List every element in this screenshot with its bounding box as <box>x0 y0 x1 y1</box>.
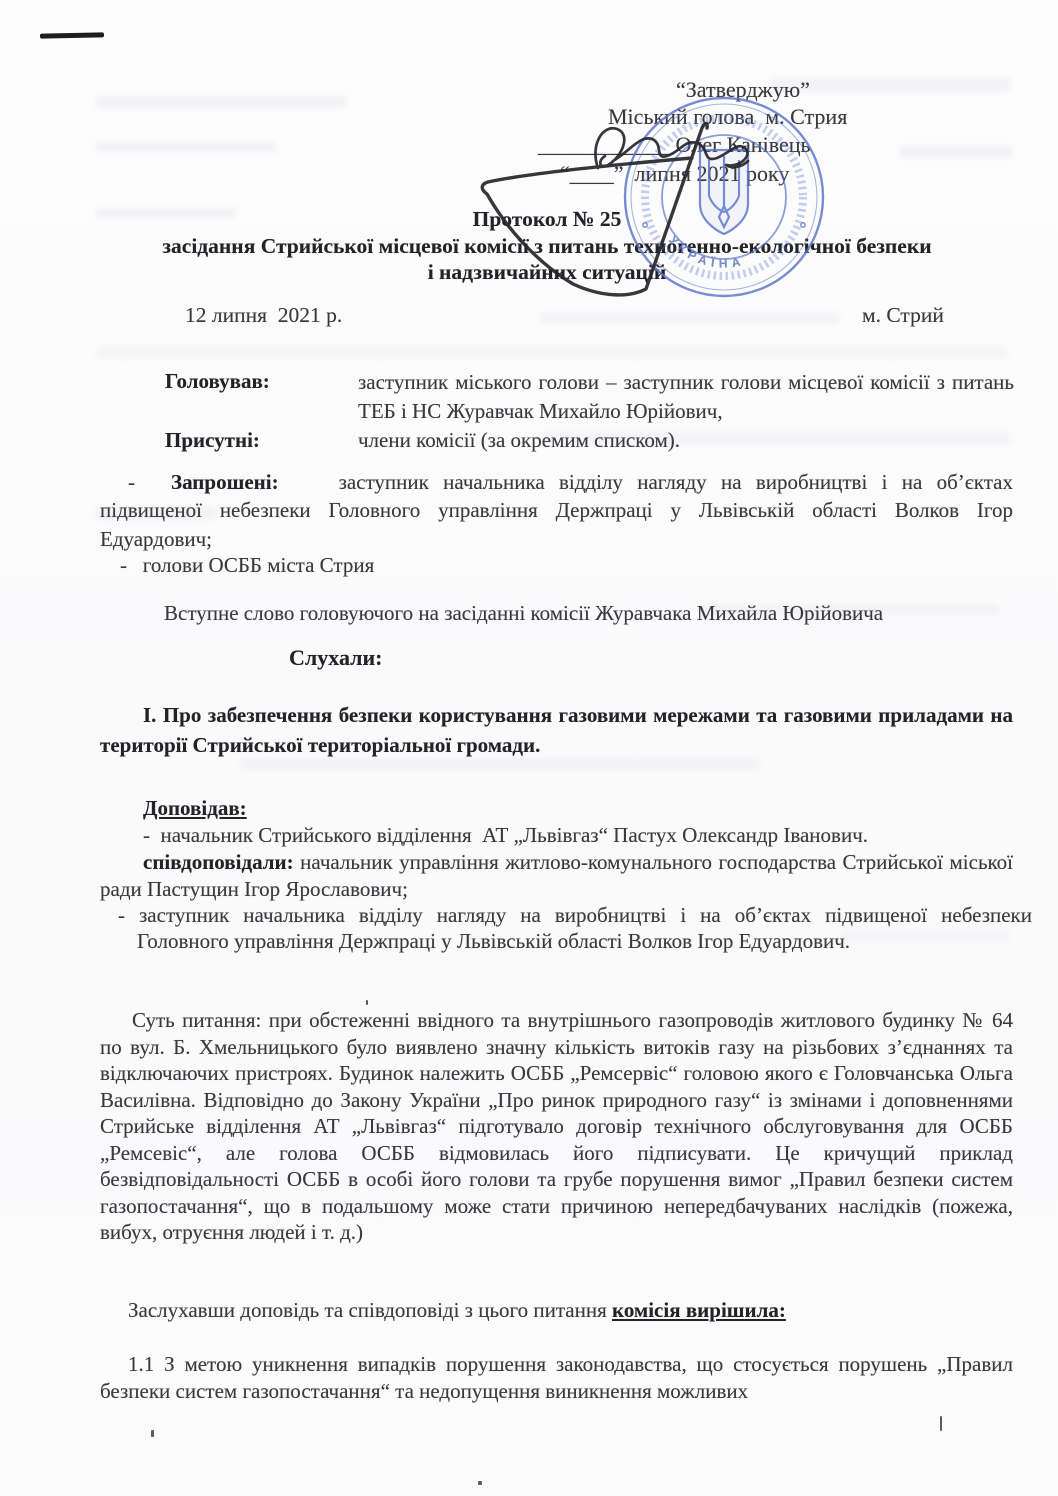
mayor-name: Олег Канівець <box>676 132 811 157</box>
scan-speck <box>366 1000 368 1005</box>
invited-paragraph: -Запрошені:заступник начальника відділу … <box>100 468 1013 553</box>
title-line3: і надзвичайних ситуацій <box>36 259 1058 286</box>
approval-date-line: “____” липня 2021 року <box>560 160 789 187</box>
signature-blank: ____________ <box>538 132 676 157</box>
meeting-city: м. Стрий <box>862 302 944 329</box>
co-reporters-label: співдоповідали: <box>143 850 294 874</box>
reporter-1: - начальник Стрийського відділення АТ „Л… <box>143 822 868 849</box>
resolution-item-1-1: 1.1 З метою уникнення випадків порушення… <box>100 1351 1013 1404</box>
document-page: “Затверджую” Міський голова м. Стрия ___… <box>0 0 1058 1496</box>
scan-fold-mark <box>40 32 104 38</box>
resolution-intro: Заслухавши доповідь та співдоповіді з ць… <box>128 1297 786 1324</box>
scan-bleed-artifact <box>900 146 1012 158</box>
document-title: Протокол № 25 засідання Стрийської місце… <box>36 206 1058 286</box>
chaired-label: Головував: <box>165 368 270 395</box>
reporter-3: - заступник начальника відділу нагляду н… <box>118 902 1032 955</box>
title-line2: засідання Стрийської місцевої комісії з … <box>36 233 1058 260</box>
present-label: Присутні: <box>165 427 260 454</box>
intro-line: Вступне слово головуючого на засіданні к… <box>164 600 883 627</box>
scan-bleed-artifact <box>96 346 1008 359</box>
heard-heading: Слухали: <box>289 644 382 671</box>
approval-mayor-title: Міський голова м. Стрия <box>608 103 847 130</box>
invited-item-2: - голови ОСББ міста Стрия <box>120 552 374 579</box>
scan-speck <box>940 1416 942 1431</box>
chaired-text: заступник міського голови – заступник го… <box>358 368 1014 426</box>
list-dash: - <box>128 470 135 494</box>
reporter-label: Доповідав: <box>143 795 247 822</box>
essence-paragraph: Суть питання: при обстеженні ввідного та… <box>100 1007 1013 1246</box>
scan-speck <box>478 1481 482 1485</box>
approval-signature-line: ____________ Олег Канівець <box>538 131 811 158</box>
question-1-heading: І. Про забезпечення безпеки користування… <box>100 701 1013 760</box>
invited-label: Запрошені: <box>171 470 279 494</box>
co-reporters: співдоповідали: начальник управління жит… <box>100 849 1013 903</box>
meeting-date: 12 липня 2021 р. <box>185 302 342 329</box>
scan-bleed-artifact <box>96 142 276 152</box>
protocol-number: Протокол № 25 <box>36 206 1058 233</box>
present-text: члени комісії (за окремим списком). <box>358 427 680 454</box>
resolution-decided-label: комісія вирішила: <box>612 1298 786 1322</box>
scan-speck <box>151 1430 154 1437</box>
scan-bleed-artifact <box>96 96 346 108</box>
approval-label: “Затверджую” <box>676 76 810 103</box>
resolution-intro-text: Заслухавши доповідь та співдоповіді з ць… <box>128 1298 612 1322</box>
scan-bleed-artifact <box>540 312 840 324</box>
